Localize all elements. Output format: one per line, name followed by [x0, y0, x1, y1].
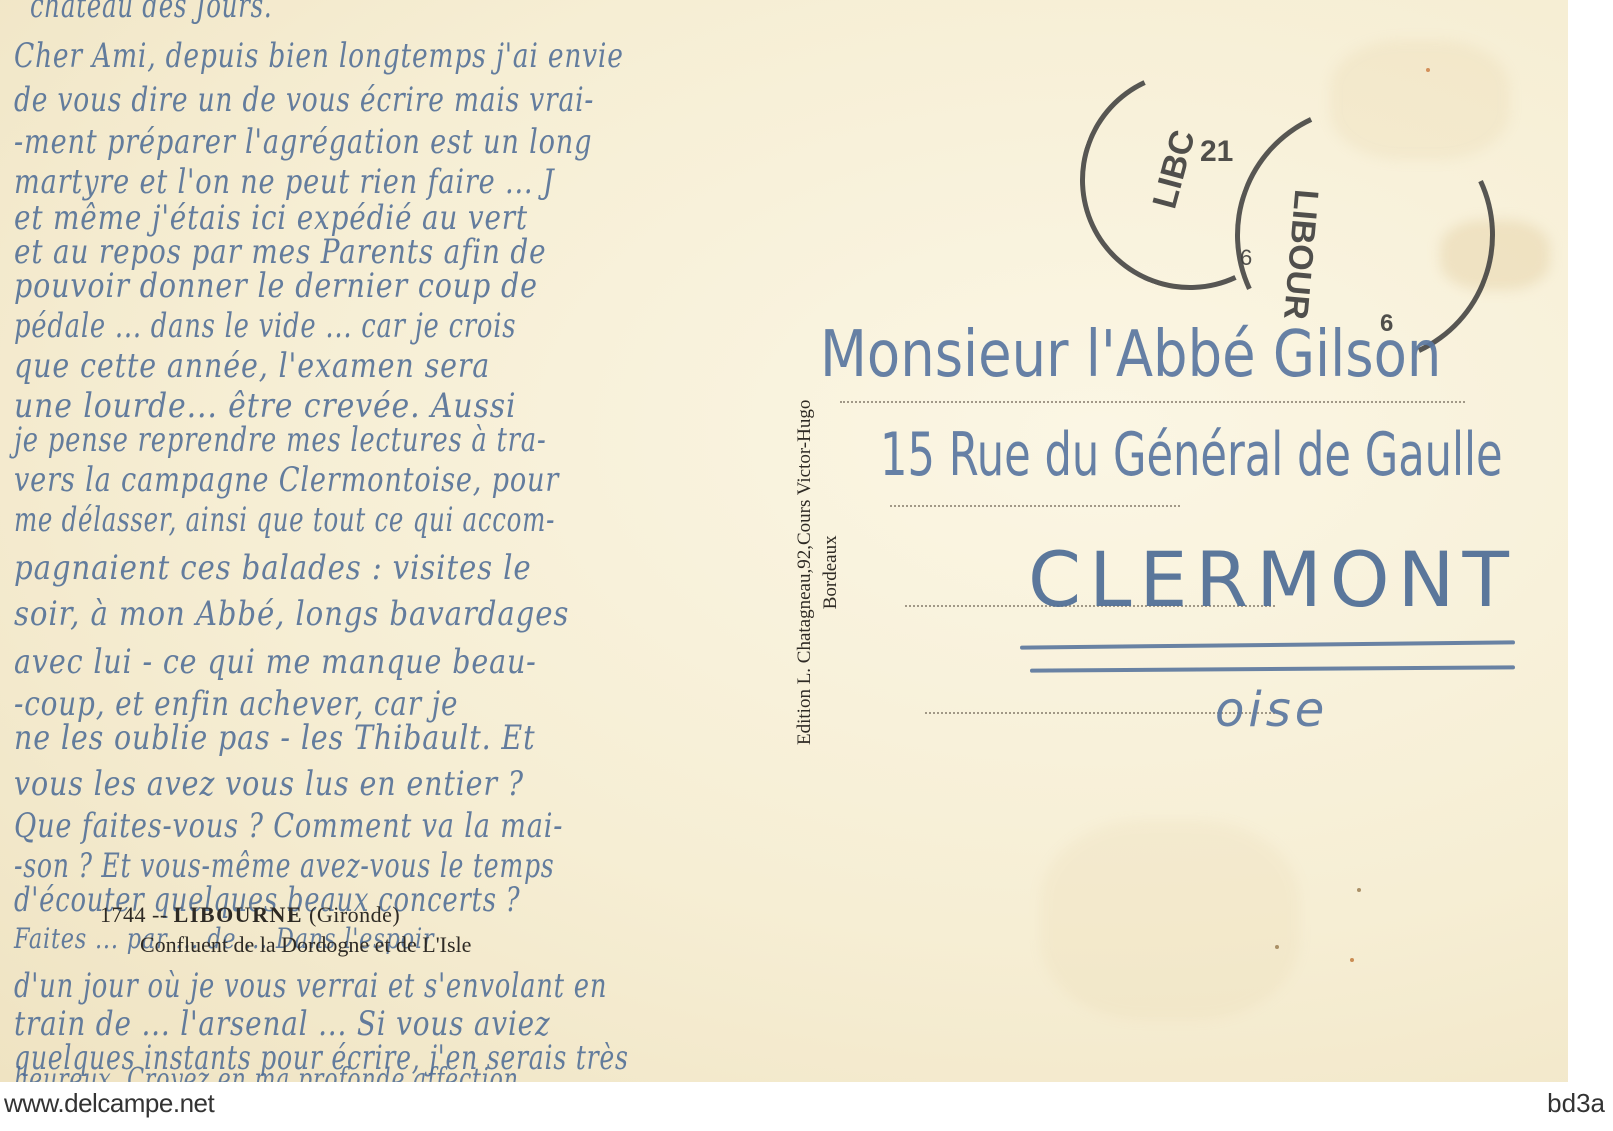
seller-code: bd3a — [1547, 1088, 1605, 1119]
underline-stroke — [1020, 640, 1515, 649]
paper-speck — [1357, 888, 1361, 892]
message-line: je pense reprendre mes lectures à tra- — [14, 420, 546, 460]
caption-city: LIBOURNE — [174, 902, 303, 927]
message-line: que cette année, l'examen sera — [14, 346, 490, 386]
address-department: Oise — [1215, 682, 1328, 738]
message-line: Que faites-vous ? Comment va la mai- — [14, 806, 563, 846]
caption-region: (Gironde) — [309, 902, 400, 927]
message-line: d'un jour où je vous verrai et s'envolan… — [14, 966, 607, 1006]
publisher-imprint: Edition L. Chatagneau,92,Cours Victor-Hu… — [792, 400, 844, 745]
underline-stroke — [1030, 665, 1515, 672]
caption-separator: -- — [152, 902, 168, 927]
postcard-caption: 1744 -- LIBOURNE (Gironde) — [100, 902, 400, 928]
message-line: pédale ... dans le vide ... car je crois — [14, 306, 516, 346]
message-line: martyre et l'on ne peut rien faire ... J — [14, 162, 554, 202]
message-line: pouvoir donner le dernier coup de — [14, 266, 538, 306]
message-line: ne les oublie pas - les Thibault. Et — [14, 718, 535, 758]
caption-number: 1744 — [100, 902, 146, 927]
paper-speck — [1426, 68, 1430, 72]
address-street: 15 Rue du Général de Gaulle — [880, 420, 1503, 490]
message-line: -ment préparer l'agrégation est un long — [14, 122, 592, 162]
message-line: avec lui - ce qui me manque beau- — [14, 642, 537, 682]
paper-speck — [1275, 945, 1279, 949]
postmark-day: 21 — [1200, 135, 1233, 169]
message-line: soir, à mon Abbé, longs bavardages — [14, 594, 569, 634]
paper-stain — [1040, 820, 1300, 1020]
address-city: CLERMONT — [1028, 535, 1517, 624]
address-recipient: Monsieur l'Abbé Gilson — [820, 318, 1441, 392]
postcard-back: château des Jours. Cher Ami, depuis bien… — [0, 0, 1568, 1082]
message-line: vous les avez vous lus en entier ? — [14, 764, 524, 804]
address-rule — [840, 401, 1465, 403]
message-line: vers la campagne Clermontoise, pour — [14, 460, 559, 500]
message-line: me délasser, ainsi que tout ce qui accom… — [14, 500, 555, 540]
message-line: heureux. Croyez en ma profonde affection… — [14, 1062, 550, 1082]
message-line: Cher Ami, depuis bien longtemps j'ai env… — [14, 36, 624, 76]
message-line: de vous dire un de vous écrire mais vrai… — [14, 80, 594, 120]
message-line: pagnaient ces balades : visites le — [14, 548, 532, 588]
publisher-name: Edition L. Chatagneau,92,Cours Victor-Hu… — [794, 400, 815, 745]
delcampe-watermark: www.delcampe.net — [4, 1088, 214, 1119]
message-line: château des Jours. — [30, 0, 272, 26]
address-rule — [890, 505, 1180, 507]
caption-subtitle: Confluent de la Dordogne et de L'Isle — [140, 932, 471, 958]
paper-speck — [1350, 958, 1354, 962]
publisher-city: Bordeaux — [818, 400, 844, 745]
